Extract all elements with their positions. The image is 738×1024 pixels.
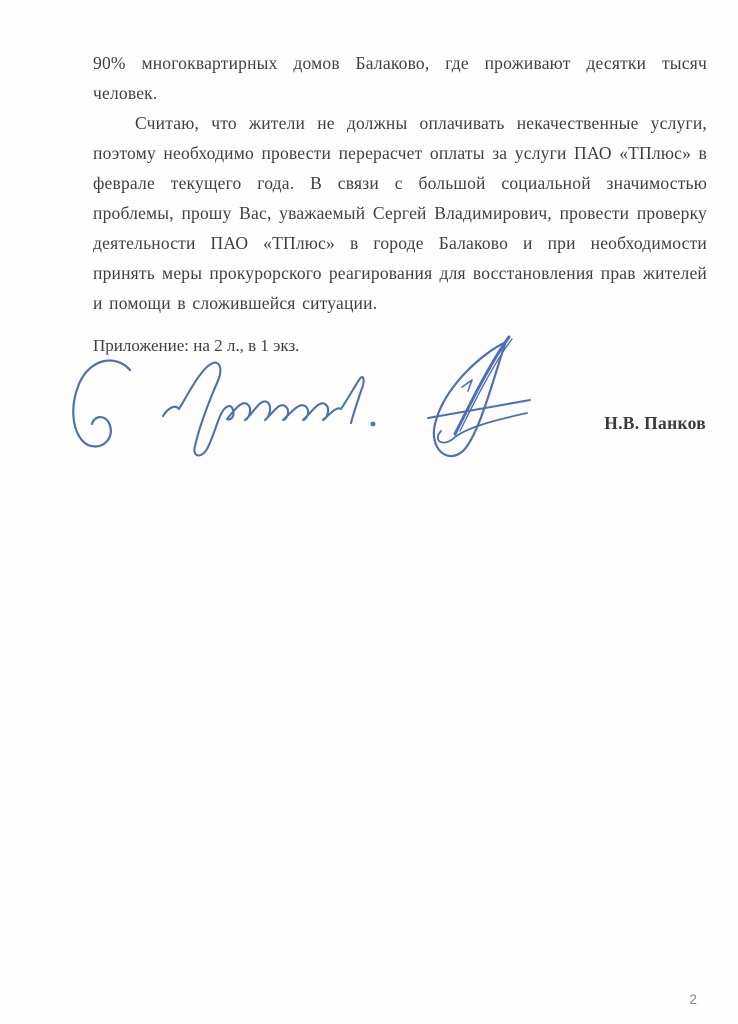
body-paragraph-continuation: 90% многоквартирных домов Балаково, где … [93,48,707,108]
signatory-name: Н.В. Панков [604,413,706,434]
letter-body: 90% многоквартирных домов Балаково, где … [93,48,707,361]
attachment-line: Приложение: на 2 л., в 1 экз. [93,331,707,361]
handwritten-closing-signature [68,356,383,460]
body-paragraph-request: Считаю, что жители не должны оплачивать … [93,108,707,318]
page-number: 2 [689,991,697,1007]
scanned-letter-page: 90% многоквартирных домов Балаково, где … [0,0,738,1024]
